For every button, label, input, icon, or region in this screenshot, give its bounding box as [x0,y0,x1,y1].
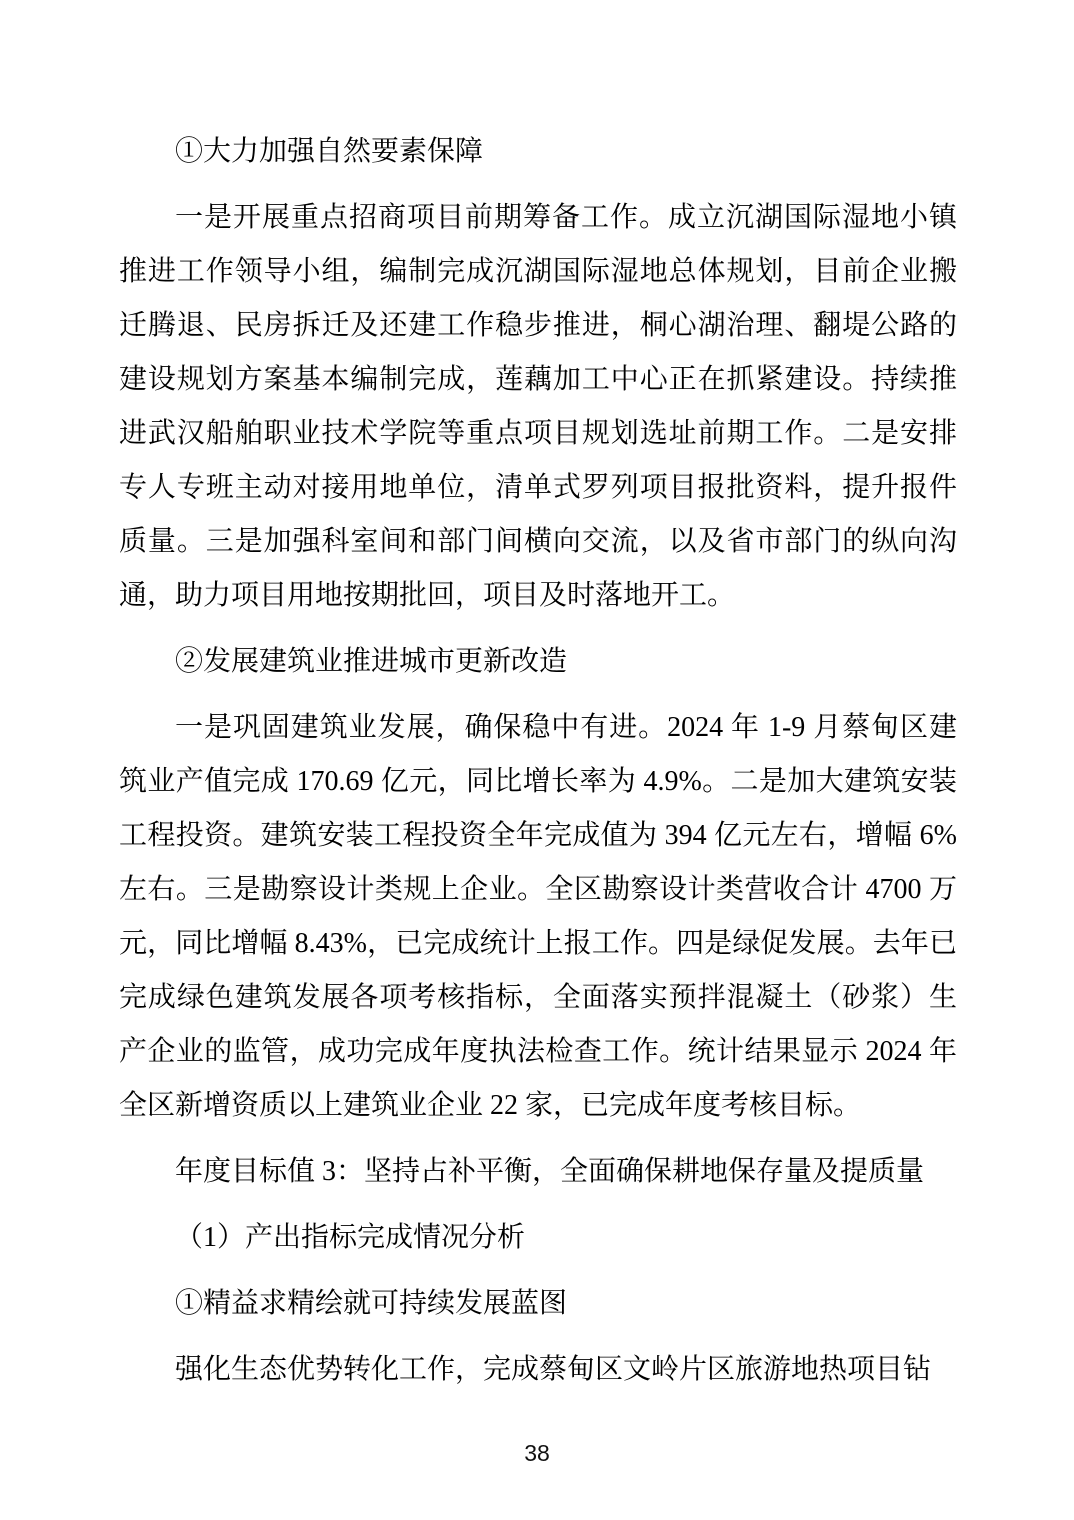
numbered-heading-construction-industry: ②发展建筑业推进城市更新改造 [119,635,957,689]
page-footer: 38 [0,1440,1074,1467]
document-body: ①大力加强自然要素保障 一是开展重点招商项目前期筹备工作。成立沉湖国际湿地小镇推… [119,125,957,1409]
page-number: 38 [524,1440,550,1466]
body-paragraph-construction-stats: 一是巩固建筑业发展，确保稳中有进。2024 年 1-9 月蔡甸区建筑业产值完成 … [119,701,957,1133]
document-page: ①大力加强自然要素保障 一是开展重点招商项目前期筹备工作。成立沉湖国际湿地小镇推… [0,0,1074,1520]
numbered-heading-natural-elements: ①大力加强自然要素保障 [119,125,957,179]
annual-target-heading: 年度目标值 3：坚持占补平衡，全面确保耕地保存量及提质量 [119,1145,957,1199]
body-paragraph-ecology-transformation: 强化生态优势转化工作，完成蔡甸区文岭片区旅游地热项目钻 [119,1343,957,1397]
body-paragraph-land-projects: 一是开展重点招商项目前期筹备工作。成立沉湖国际湿地小镇推进工作领导小组，编制完成… [119,191,957,623]
subsection-heading-output-indicators: （1）产出指标完成情况分析 [119,1211,957,1265]
numbered-heading-sustainable-blueprint: ①精益求精绘就可持续发展蓝图 [119,1277,957,1331]
